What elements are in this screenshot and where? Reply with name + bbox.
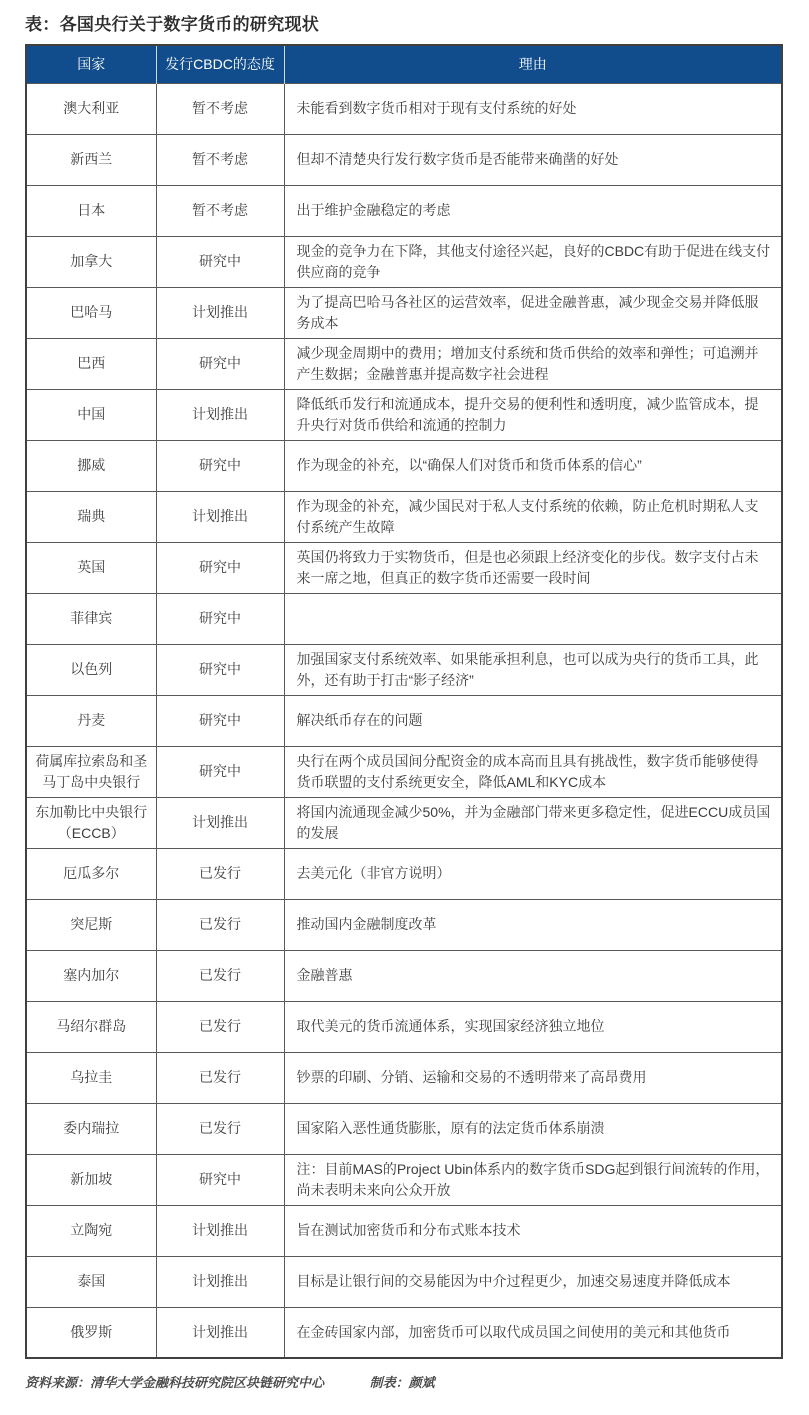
- cell-reason: 金融普惠: [284, 950, 782, 1001]
- cell-reason: 解决纸币存在的问题: [284, 695, 782, 746]
- cell-country: 荷属库拉索岛和圣马丁岛中央银行: [26, 746, 156, 797]
- cell-country: 乌拉圭: [26, 1052, 156, 1103]
- table-row: 泰国计划推出目标是让银行间的交易能因为中介过程更少，加速交易速度并降低成本: [26, 1256, 782, 1307]
- cell-attitude: 研究中: [156, 440, 284, 491]
- cell-reason: 注：目前MAS的Project Ubin体系内的数字货币SDG起到银行间流转的作…: [284, 1154, 782, 1205]
- cell-attitude: 计划推出: [156, 797, 284, 848]
- table-row: 中国计划推出降低纸币发行和流通成本，提升交易的便利性和透明度，减少监管成本，提升…: [26, 389, 782, 440]
- table-row: 塞内加尔已发行金融普惠: [26, 950, 782, 1001]
- cell-reason: 加强国家支付系统效率、如果能承担利息，也可以成为央行的货币工具，此外，还有助于打…: [284, 644, 782, 695]
- table-row: 巴西研究中减少现金周期中的费用；增加支付系统和货币供给的效率和弹性；可追溯并产生…: [26, 338, 782, 389]
- table-row: 以色列研究中加强国家支付系统效率、如果能承担利息，也可以成为央行的货币工具，此外…: [26, 644, 782, 695]
- page: 表：各国央行关于数字货币的研究现状 国家 发行CBDC的态度 理由 澳大利亚暂不…: [0, 0, 809, 1391]
- cell-reason: 降低纸币发行和流通成本，提升交易的便利性和透明度，减少监管成本，提升央行对货币供…: [284, 389, 782, 440]
- cell-reason: 出于维护金融稳定的考虑: [284, 185, 782, 236]
- table-row: 菲律宾研究中: [26, 593, 782, 644]
- column-header-country: 国家: [26, 45, 156, 83]
- cell-attitude: 计划推出: [156, 491, 284, 542]
- cell-attitude: 暂不考虑: [156, 185, 284, 236]
- cell-reason: 现金的竞争力在下降，其他支付途径兴起，良好的CBDC有助于促进在线支付供应商的竞…: [284, 236, 782, 287]
- cell-attitude: 计划推出: [156, 1256, 284, 1307]
- cell-country: 东加勒比中央银行（ECCB）: [26, 797, 156, 848]
- cell-country: 挪威: [26, 440, 156, 491]
- cell-country: 突尼斯: [26, 899, 156, 950]
- table-row: 新加坡研究中注：目前MAS的Project Ubin体系内的数字货币SDG起到银…: [26, 1154, 782, 1205]
- cell-country: 日本: [26, 185, 156, 236]
- cell-reason: 作为现金的补充，减少国民对于私人支付系统的依赖，防止危机时期私人支付系统产生故障: [284, 491, 782, 542]
- cell-country: 新加坡: [26, 1154, 156, 1205]
- table-row: 日本暂不考虑出于维护金融稳定的考虑: [26, 185, 782, 236]
- cell-reason: 钞票的印刷、分销、运输和交易的不透明带来了高昂费用: [284, 1052, 782, 1103]
- column-header-reason: 理由: [284, 45, 782, 83]
- cell-reason: 英国仍将致力于实物货币，但是也必须跟上经济变化的步伐。数字支付占未来一席之地，但…: [284, 542, 782, 593]
- cell-country: 泰国: [26, 1256, 156, 1307]
- cell-reason: 去美元化（非官方说明）: [284, 848, 782, 899]
- cell-attitude: 计划推出: [156, 1205, 284, 1256]
- column-header-attitude: 发行CBDC的态度: [156, 45, 284, 83]
- cell-reason: 减少现金周期中的费用；增加支付系统和货币供给的效率和弹性；可追溯并产生数据；金融…: [284, 338, 782, 389]
- table-row: 俄罗斯计划推出在金砖国家内部，加密货币可以取代成员国之间使用的美元和其他货币: [26, 1307, 782, 1358]
- cell-reason: 推动国内金融制度改革: [284, 899, 782, 950]
- cell-attitude: 已发行: [156, 1103, 284, 1154]
- cell-country: 马绍尔群岛: [26, 1001, 156, 1052]
- table-body: 澳大利亚暂不考虑未能看到数字货币相对于现有支付系统的好处新西兰暂不考虑但却不清楚…: [26, 83, 782, 1358]
- table-row: 瑞典计划推出作为现金的补充，减少国民对于私人支付系统的依赖，防止危机时期私人支付…: [26, 491, 782, 542]
- cell-reason: [284, 593, 782, 644]
- cell-country: 巴西: [26, 338, 156, 389]
- cell-attitude: 研究中: [156, 1154, 284, 1205]
- cell-reason: 作为现金的补充，以“确保人们对货币和货币体系的信心”: [284, 440, 782, 491]
- cell-country: 瑞典: [26, 491, 156, 542]
- table-row: 新西兰暂不考虑但却不清楚央行发行数字货币是否能带来确凿的好处: [26, 134, 782, 185]
- cell-country: 丹麦: [26, 695, 156, 746]
- cell-attitude: 暂不考虑: [156, 134, 284, 185]
- cell-country: 新西兰: [26, 134, 156, 185]
- cell-country: 立陶宛: [26, 1205, 156, 1256]
- cell-attitude: 研究中: [156, 542, 284, 593]
- table-row: 厄瓜多尔已发行去美元化（非官方说明）: [26, 848, 782, 899]
- cell-attitude: 已发行: [156, 1052, 284, 1103]
- cell-reason: 在金砖国家内部，加密货币可以取代成员国之间使用的美元和其他货币: [284, 1307, 782, 1358]
- cell-reason: 取代美元的货币流通体系，实现国家经济独立地位: [284, 1001, 782, 1052]
- table-row: 突尼斯已发行推动国内金融制度改革: [26, 899, 782, 950]
- table-footer: 资料来源：清华大学金融科技研究院区块链研究中心 制表：颜斌: [25, 1372, 785, 1391]
- author-note: 制表：颜斌: [370, 1375, 435, 1390]
- cell-attitude: 研究中: [156, 338, 284, 389]
- cell-country: 菲律宾: [26, 593, 156, 644]
- table-row: 加拿大研究中现金的竞争力在下降，其他支付途径兴起，良好的CBDC有助于促进在线支…: [26, 236, 782, 287]
- cell-country: 塞内加尔: [26, 950, 156, 1001]
- cell-attitude: 研究中: [156, 695, 284, 746]
- cell-country: 俄罗斯: [26, 1307, 156, 1358]
- cell-reason: 但却不清楚央行发行数字货币是否能带来确凿的好处: [284, 134, 782, 185]
- table-row: 挪威研究中作为现金的补充，以“确保人们对货币和货币体系的信心”: [26, 440, 782, 491]
- cell-attitude: 暂不考虑: [156, 83, 284, 134]
- cell-attitude: 已发行: [156, 899, 284, 950]
- cell-attitude: 研究中: [156, 746, 284, 797]
- table-row: 丹麦研究中解决纸币存在的问题: [26, 695, 782, 746]
- cell-reason: 央行在两个成员国间分配资金的成本高而且具有挑战性，数字货币能够使得货币联盟的支付…: [284, 746, 782, 797]
- cell-attitude: 已发行: [156, 848, 284, 899]
- table-row: 英国研究中英国仍将致力于实物货币，但是也必须跟上经济变化的步伐。数字支付占未来一…: [26, 542, 782, 593]
- table-row: 委内瑞拉已发行国家陷入恶性通货膨胀，原有的法定货币体系崩溃: [26, 1103, 782, 1154]
- cell-reason: 为了提高巴哈马各社区的运营效率，促进金融普惠，减少现金交易并降低服务成本: [284, 287, 782, 338]
- source-note: 资料来源：清华大学金融科技研究院区块链研究中心: [25, 1375, 324, 1390]
- cell-attitude: 已发行: [156, 1001, 284, 1052]
- table-header-row: 国家 发行CBDC的态度 理由: [26, 45, 782, 83]
- cbdc-research-table: 国家 发行CBDC的态度 理由 澳大利亚暂不考虑未能看到数字货币相对于现有支付系…: [25, 44, 783, 1359]
- cell-attitude: 研究中: [156, 644, 284, 695]
- cell-country: 巴哈马: [26, 287, 156, 338]
- table-row: 巴哈马计划推出为了提高巴哈马各社区的运营效率，促进金融普惠，减少现金交易并降低服…: [26, 287, 782, 338]
- cell-reason: 未能看到数字货币相对于现有支付系统的好处: [284, 83, 782, 134]
- cell-country: 加拿大: [26, 236, 156, 287]
- cell-country: 英国: [26, 542, 156, 593]
- cell-country: 中国: [26, 389, 156, 440]
- cell-reason: 目标是让银行间的交易能因为中介过程更少，加速交易速度并降低成本: [284, 1256, 782, 1307]
- cell-attitude: 计划推出: [156, 389, 284, 440]
- cell-reason: 国家陷入恶性通货膨胀，原有的法定货币体系崩溃: [284, 1103, 782, 1154]
- cell-attitude: 计划推出: [156, 1307, 284, 1358]
- page-title: 表：各国央行关于数字货币的研究现状: [25, 10, 785, 35]
- cell-attitude: 研究中: [156, 236, 284, 287]
- cell-attitude: 已发行: [156, 950, 284, 1001]
- cell-reason: 旨在测试加密货币和分布式账本技术: [284, 1205, 782, 1256]
- table-row: 澳大利亚暂不考虑未能看到数字货币相对于现有支付系统的好处: [26, 83, 782, 134]
- cell-reason: 将国内流通现金减少50%，并为金融部门带来更多稳定性，促进ECCU成员国的发展: [284, 797, 782, 848]
- cell-attitude: 研究中: [156, 593, 284, 644]
- cell-country: 委内瑞拉: [26, 1103, 156, 1154]
- cell-country: 以色列: [26, 644, 156, 695]
- cell-country: 厄瓜多尔: [26, 848, 156, 899]
- table-row: 东加勒比中央银行（ECCB）计划推出将国内流通现金减少50%，并为金融部门带来更…: [26, 797, 782, 848]
- cell-country: 澳大利亚: [26, 83, 156, 134]
- cell-attitude: 计划推出: [156, 287, 284, 338]
- table-row: 立陶宛计划推出旨在测试加密货币和分布式账本技术: [26, 1205, 782, 1256]
- table-row: 荷属库拉索岛和圣马丁岛中央银行研究中央行在两个成员国间分配资金的成本高而且具有挑…: [26, 746, 782, 797]
- table-row: 乌拉圭已发行钞票的印刷、分销、运输和交易的不透明带来了高昂费用: [26, 1052, 782, 1103]
- table-row: 马绍尔群岛已发行取代美元的货币流通体系，实现国家经济独立地位: [26, 1001, 782, 1052]
